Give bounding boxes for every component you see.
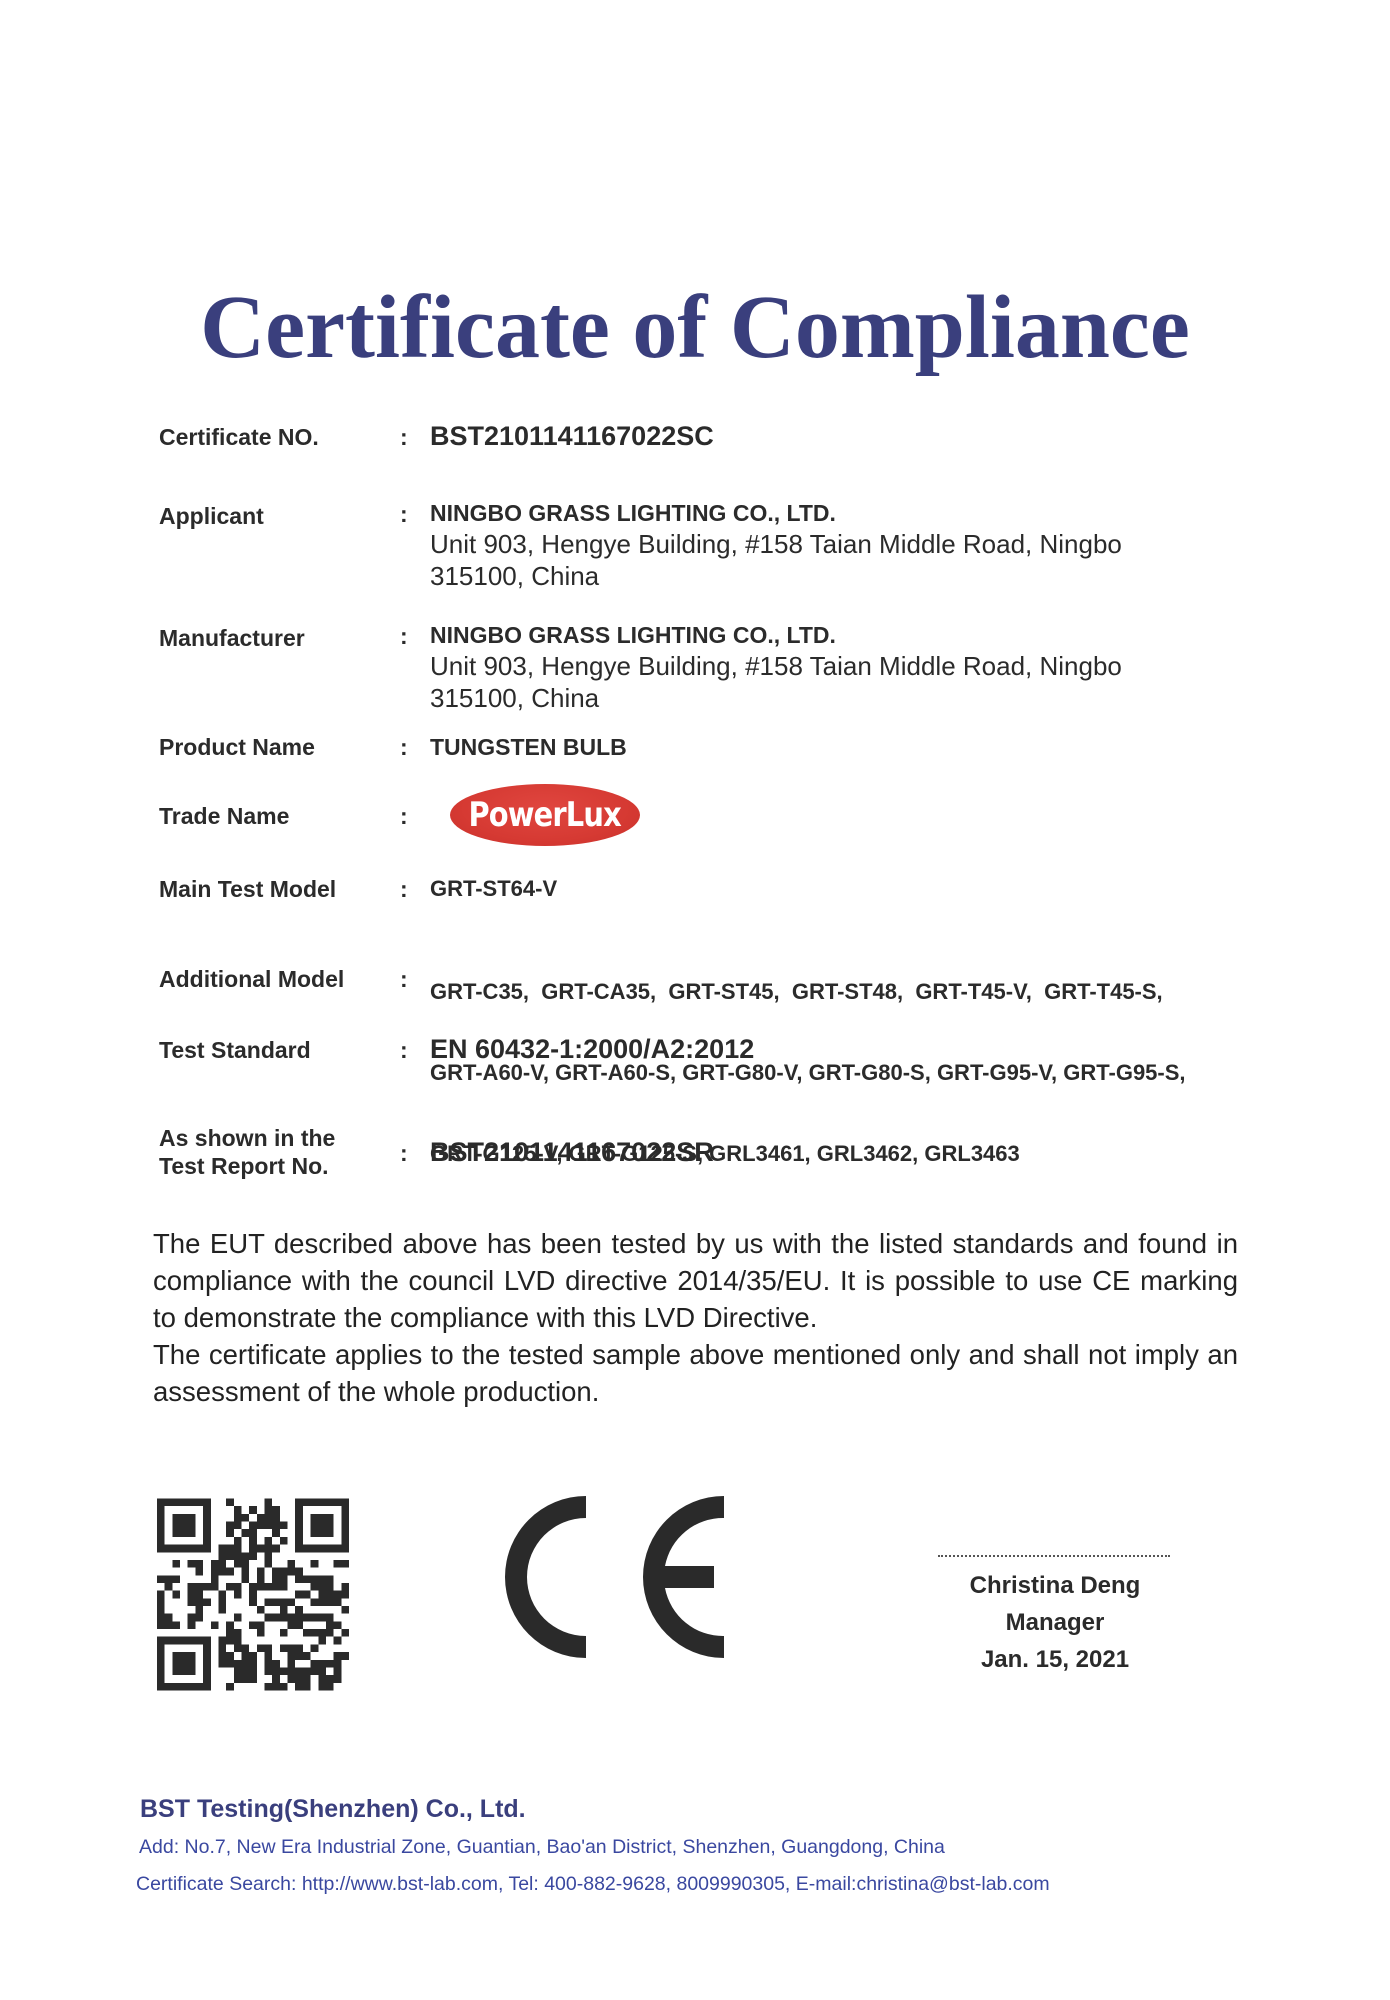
field-colon: :: [400, 875, 408, 903]
manufacturer-address-line2: 315100, China: [430, 682, 1122, 714]
applicant-address-line2: 315100, China: [430, 560, 1122, 592]
field-label: Trade Name: [159, 802, 289, 830]
statement-paragraph: The EUT described above has been tested …: [153, 1225, 1238, 1336]
field-colon: :: [400, 1139, 408, 1167]
field-label: Main Test Model: [159, 875, 336, 903]
compliance-statement: The EUT described above has been tested …: [153, 1225, 1238, 1410]
footer-company-name: BST Testing(Shenzhen) Co., Ltd.: [140, 1795, 526, 1824]
main-test-model-value: GRT-ST64-V: [430, 873, 557, 905]
logo-text: PowerLux: [469, 795, 621, 835]
manufacturer-company: NINGBO GRASS LIGHTING CO., LTD.: [430, 620, 1122, 650]
product-name-value: TUNGSTEN BULB: [430, 731, 627, 763]
field-label: Applicant: [159, 502, 264, 530]
field-label: Certificate NO.: [159, 423, 319, 451]
additional-models-line: GRT-C35, GRT-CA35, GRT-ST45, GRT-ST48, G…: [430, 978, 1260, 1005]
powerlux-logo: PowerLux: [450, 784, 640, 846]
field-label: Product Name: [159, 733, 315, 761]
applicant-value: NINGBO GRASS LIGHTING CO., LTD. Unit 903…: [430, 498, 1122, 592]
test-report-number: BST2101141167022SR: [430, 1136, 714, 1168]
applicant-company: NINGBO GRASS LIGHTING CO., LTD.: [430, 498, 1122, 528]
field-colon: :: [400, 1036, 408, 1064]
field-label: Manufacturer: [159, 624, 305, 652]
field-colon: :: [400, 802, 408, 830]
qr-code-icon: [157, 1497, 349, 1692]
ce-mark-icon: [498, 1496, 728, 1658]
test-standard-value: EN 60432-1:2000/A2:2012: [430, 1033, 754, 1065]
statement-paragraph: The certificate applies to the tested sa…: [153, 1336, 1238, 1410]
footer-contact: Certificate Search: http://www.bst-lab.c…: [136, 1873, 1050, 1896]
certificate-number: BST2101141167022SC: [430, 420, 714, 452]
additional-models-list: GRT-C35, GRT-CA35, GRT-ST45, GRT-ST48, G…: [430, 924, 1260, 1221]
field-colon: :: [400, 733, 408, 761]
signatory-name: Christina Deng: [930, 1572, 1180, 1600]
manufacturer-value: NINGBO GRASS LIGHTING CO., LTD. Unit 903…: [430, 620, 1122, 714]
manufacturer-address-line1: Unit 903, Hengye Building, #158 Taian Mi…: [430, 650, 1122, 682]
signature-line: [938, 1555, 1170, 1557]
field-label: Additional Model: [159, 965, 344, 993]
signature-date: Jan. 15, 2021: [930, 1646, 1180, 1674]
applicant-address-line1: Unit 903, Hengye Building, #158 Taian Mi…: [430, 528, 1122, 560]
field-label: Test Standard: [159, 1036, 311, 1064]
field-colon: :: [400, 622, 408, 650]
field-colon: :: [400, 965, 408, 993]
certificate-title: Certificate of Compliance: [0, 278, 1390, 378]
field-colon: :: [400, 423, 408, 451]
footer-address: Add: No.7, New Era Industrial Zone, Guan…: [139, 1836, 945, 1859]
field-label: As shown in the Test Report No.: [159, 1124, 335, 1180]
field-colon: :: [400, 500, 408, 528]
signatory-position: Manager: [930, 1609, 1180, 1637]
